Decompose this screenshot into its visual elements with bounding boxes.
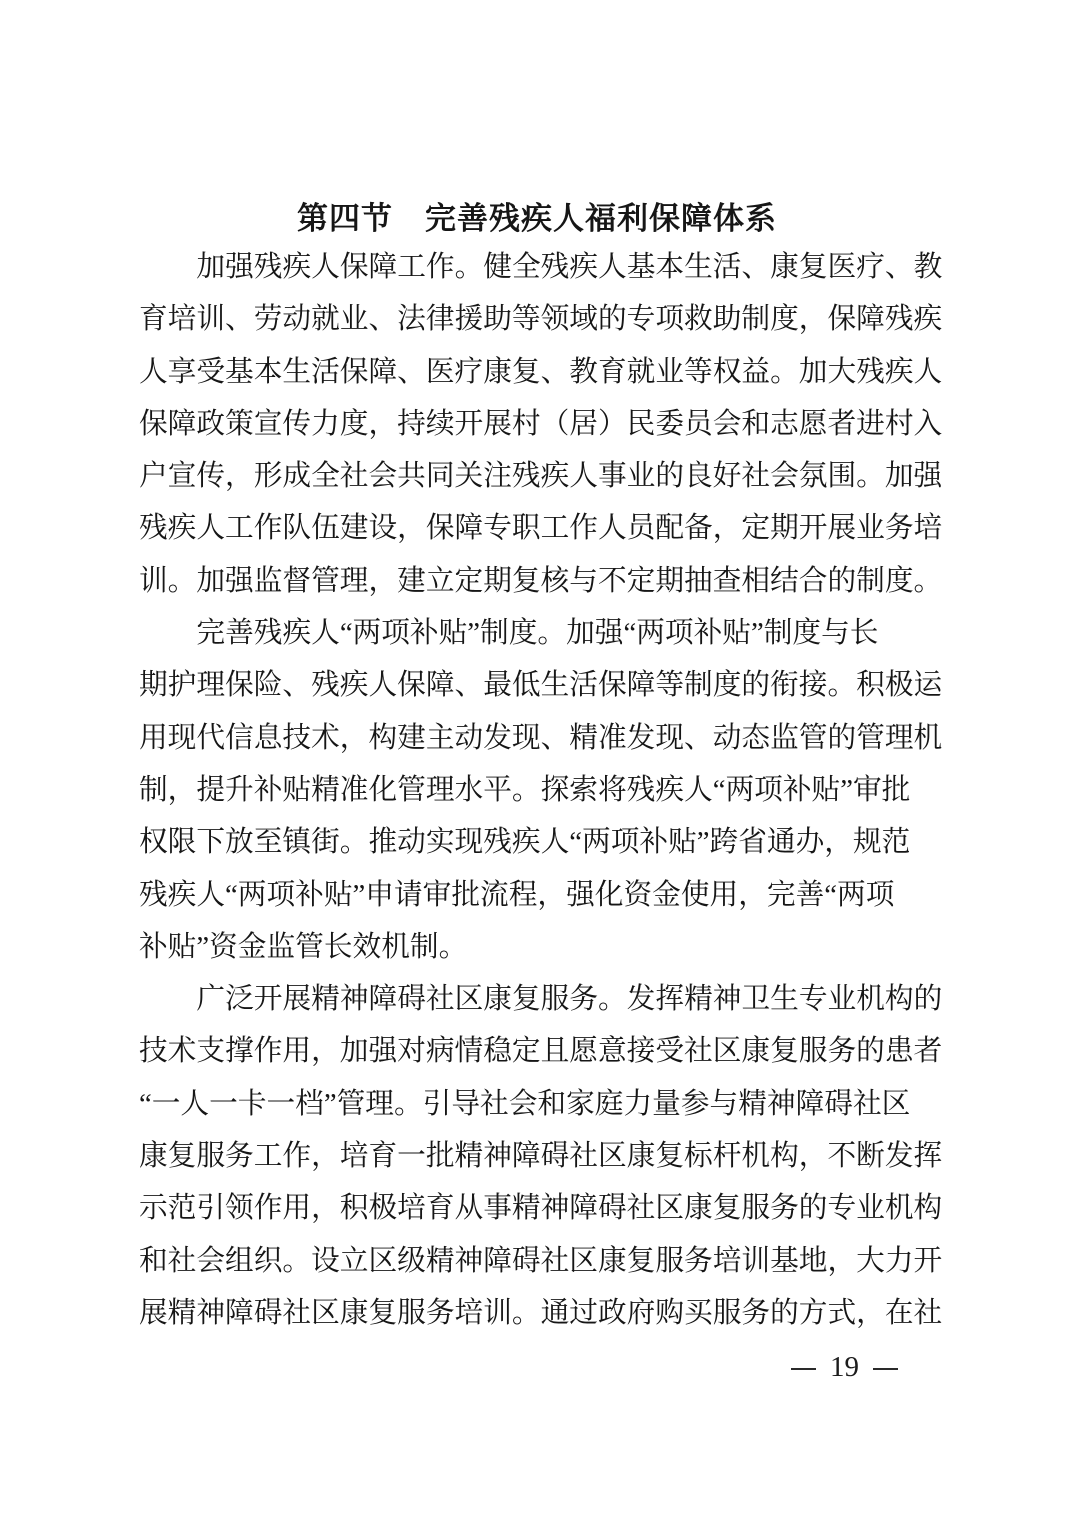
text-line: 制，提升补贴精准化管理水平。探索将残疾人“两项补贴”审批 — [139, 764, 949, 816]
text-line: 完善残疾人“两项补贴”制度。加强“两项补贴”制度与长 — [139, 607, 949, 659]
text-line: 保障政策宣传力度，持续开展村（居）民委员会和志愿者进村入 — [139, 398, 949, 450]
text-line: 技术支撑作用，加强对病情稳定且愿意接受社区康复服务的患者 — [139, 1025, 949, 1077]
page-footer: 19 — [791, 1351, 898, 1384]
text-line: 和社会组织。设立区级精神障碍社区康复服务培训基地，大力开 — [139, 1235, 949, 1287]
text-line: 残疾人工作队伍建设，保障专职工作人员配备，定期开展业务培 — [139, 502, 949, 554]
text-line: “一人一卡一档”管理。引导社会和家庭力量参与精神障碍社区 — [139, 1078, 949, 1130]
text-line: 残疾人“两项补贴”申请审批流程，强化资金使用，完善“两项 — [139, 869, 949, 921]
text-line: 广泛开展精神障碍社区康复服务。发挥精神卫生专业机构的 — [139, 973, 949, 1025]
text-line: 康复服务工作，培育一批精神障碍社区康复标杆机构，不断发挥 — [139, 1130, 949, 1182]
text-line: 训。加强监督管理，建立定期复核与不定期抽查相结合的制度。 — [139, 555, 949, 607]
text-line: 权限下放至镇街。推动实现残疾人“两项补贴”跨省通办，规范 — [139, 816, 949, 868]
text-line: 加强残疾人保障工作。健全残疾人基本生活、康复医疗、教 — [139, 241, 949, 293]
body-text: 加强残疾人保障工作。健全残疾人基本生活、康复医疗、教 育培训、劳动就业、法律援助… — [139, 241, 949, 1339]
document-page: 第四节 完善残疾人福利保障体系 加强残疾人保障工作。健全残疾人基本生活、康复医疗… — [0, 0, 1074, 1520]
text-line: 育培训、劳动就业、法律援助等领域的专项救助制度，保障残疾 — [139, 293, 949, 345]
text-line: 用现代信息技术，构建主动发现、精准发现、动态监管的管理机 — [139, 712, 949, 764]
text-line: 期护理保险、残疾人保障、最低生活保障等制度的衔接。积极运 — [139, 659, 949, 711]
text-line: 户宣传，形成全社会共同关注残疾人事业的良好社会氛围。加强 — [139, 450, 949, 502]
footer-dash-right-icon — [873, 1368, 898, 1370]
page-number: 19 — [830, 1351, 859, 1384]
section-heading: 第四节 完善残疾人福利保障体系 — [0, 193, 1074, 238]
footer-dash-left-icon — [791, 1368, 816, 1370]
text-line: 展精神障碍社区康复服务培训。通过政府购买服务的方式，在社 — [139, 1287, 949, 1339]
text-line: 示范引领作用，积极培育从事精神障碍社区康复服务的专业机构 — [139, 1182, 949, 1234]
text-line: 人享受基本生活保障、医疗康复、教育就业等权益。加大残疾人 — [139, 346, 949, 398]
text-line: 补贴”资金监管长效机制。 — [139, 921, 949, 973]
